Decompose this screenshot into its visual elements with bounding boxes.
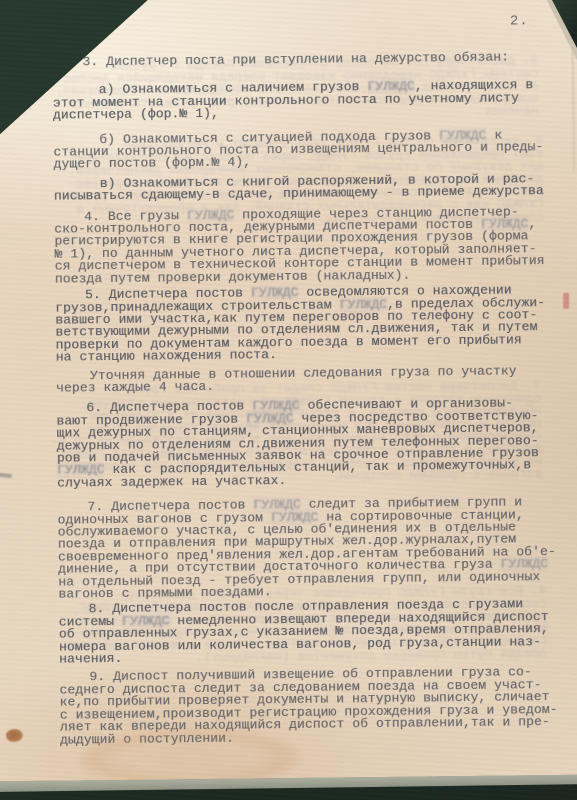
document-paragraph: б) Ознакомиться с ситуацией подхода груз… bbox=[53, 129, 555, 172]
document-paragraph: Уточняя данные в отношении следования гр… bbox=[56, 364, 558, 395]
page-number: 2. bbox=[510, 13, 529, 29]
pencil-mark bbox=[0, 472, 12, 478]
document-paragraph: 8. Диспетчера постов после отправления п… bbox=[58, 598, 561, 666]
stain-spot bbox=[6, 729, 23, 742]
scan-background: 8. Диспетчера постов после отправления п… bbox=[0, 0, 577, 800]
document-paragraph: 5. Диспетчера постов ГУЛЖДС осведомляютс… bbox=[55, 284, 558, 364]
red-edge-mark bbox=[563, 293, 569, 309]
document-paragraph: 3. Диспетчер поста при вступлении на деж… bbox=[52, 51, 554, 69]
page-stack-edge bbox=[571, 41, 575, 173]
stain-spot bbox=[46, 69, 61, 80]
document-paragraph: 9. Диспост получивший извещение об отпра… bbox=[59, 666, 562, 746]
document-paragraph: в) Ознакомиться с книгой распоряжений, в… bbox=[54, 173, 556, 204]
document-paragraph: 7. Диспетчера постов ГУЛЖДС следит за пр… bbox=[57, 496, 560, 601]
stain-spot bbox=[2, 65, 9, 71]
document-paragraph: 6. Диспетчера постов ГУЛЖДС обеспечивают… bbox=[56, 397, 559, 490]
document-paragraph: а) Ознакомиться с наличием грузов ГУЛЖДС… bbox=[53, 79, 555, 122]
document-body: 3. Диспетчер поста при вступлении на деж… bbox=[52, 51, 562, 747]
paper-sheet: 8. Диспетчера постов после отправления п… bbox=[0, 0, 577, 781]
document-paragraph: 4. Все грузы ГУЛЖДС проходящие через ста… bbox=[54, 206, 557, 286]
